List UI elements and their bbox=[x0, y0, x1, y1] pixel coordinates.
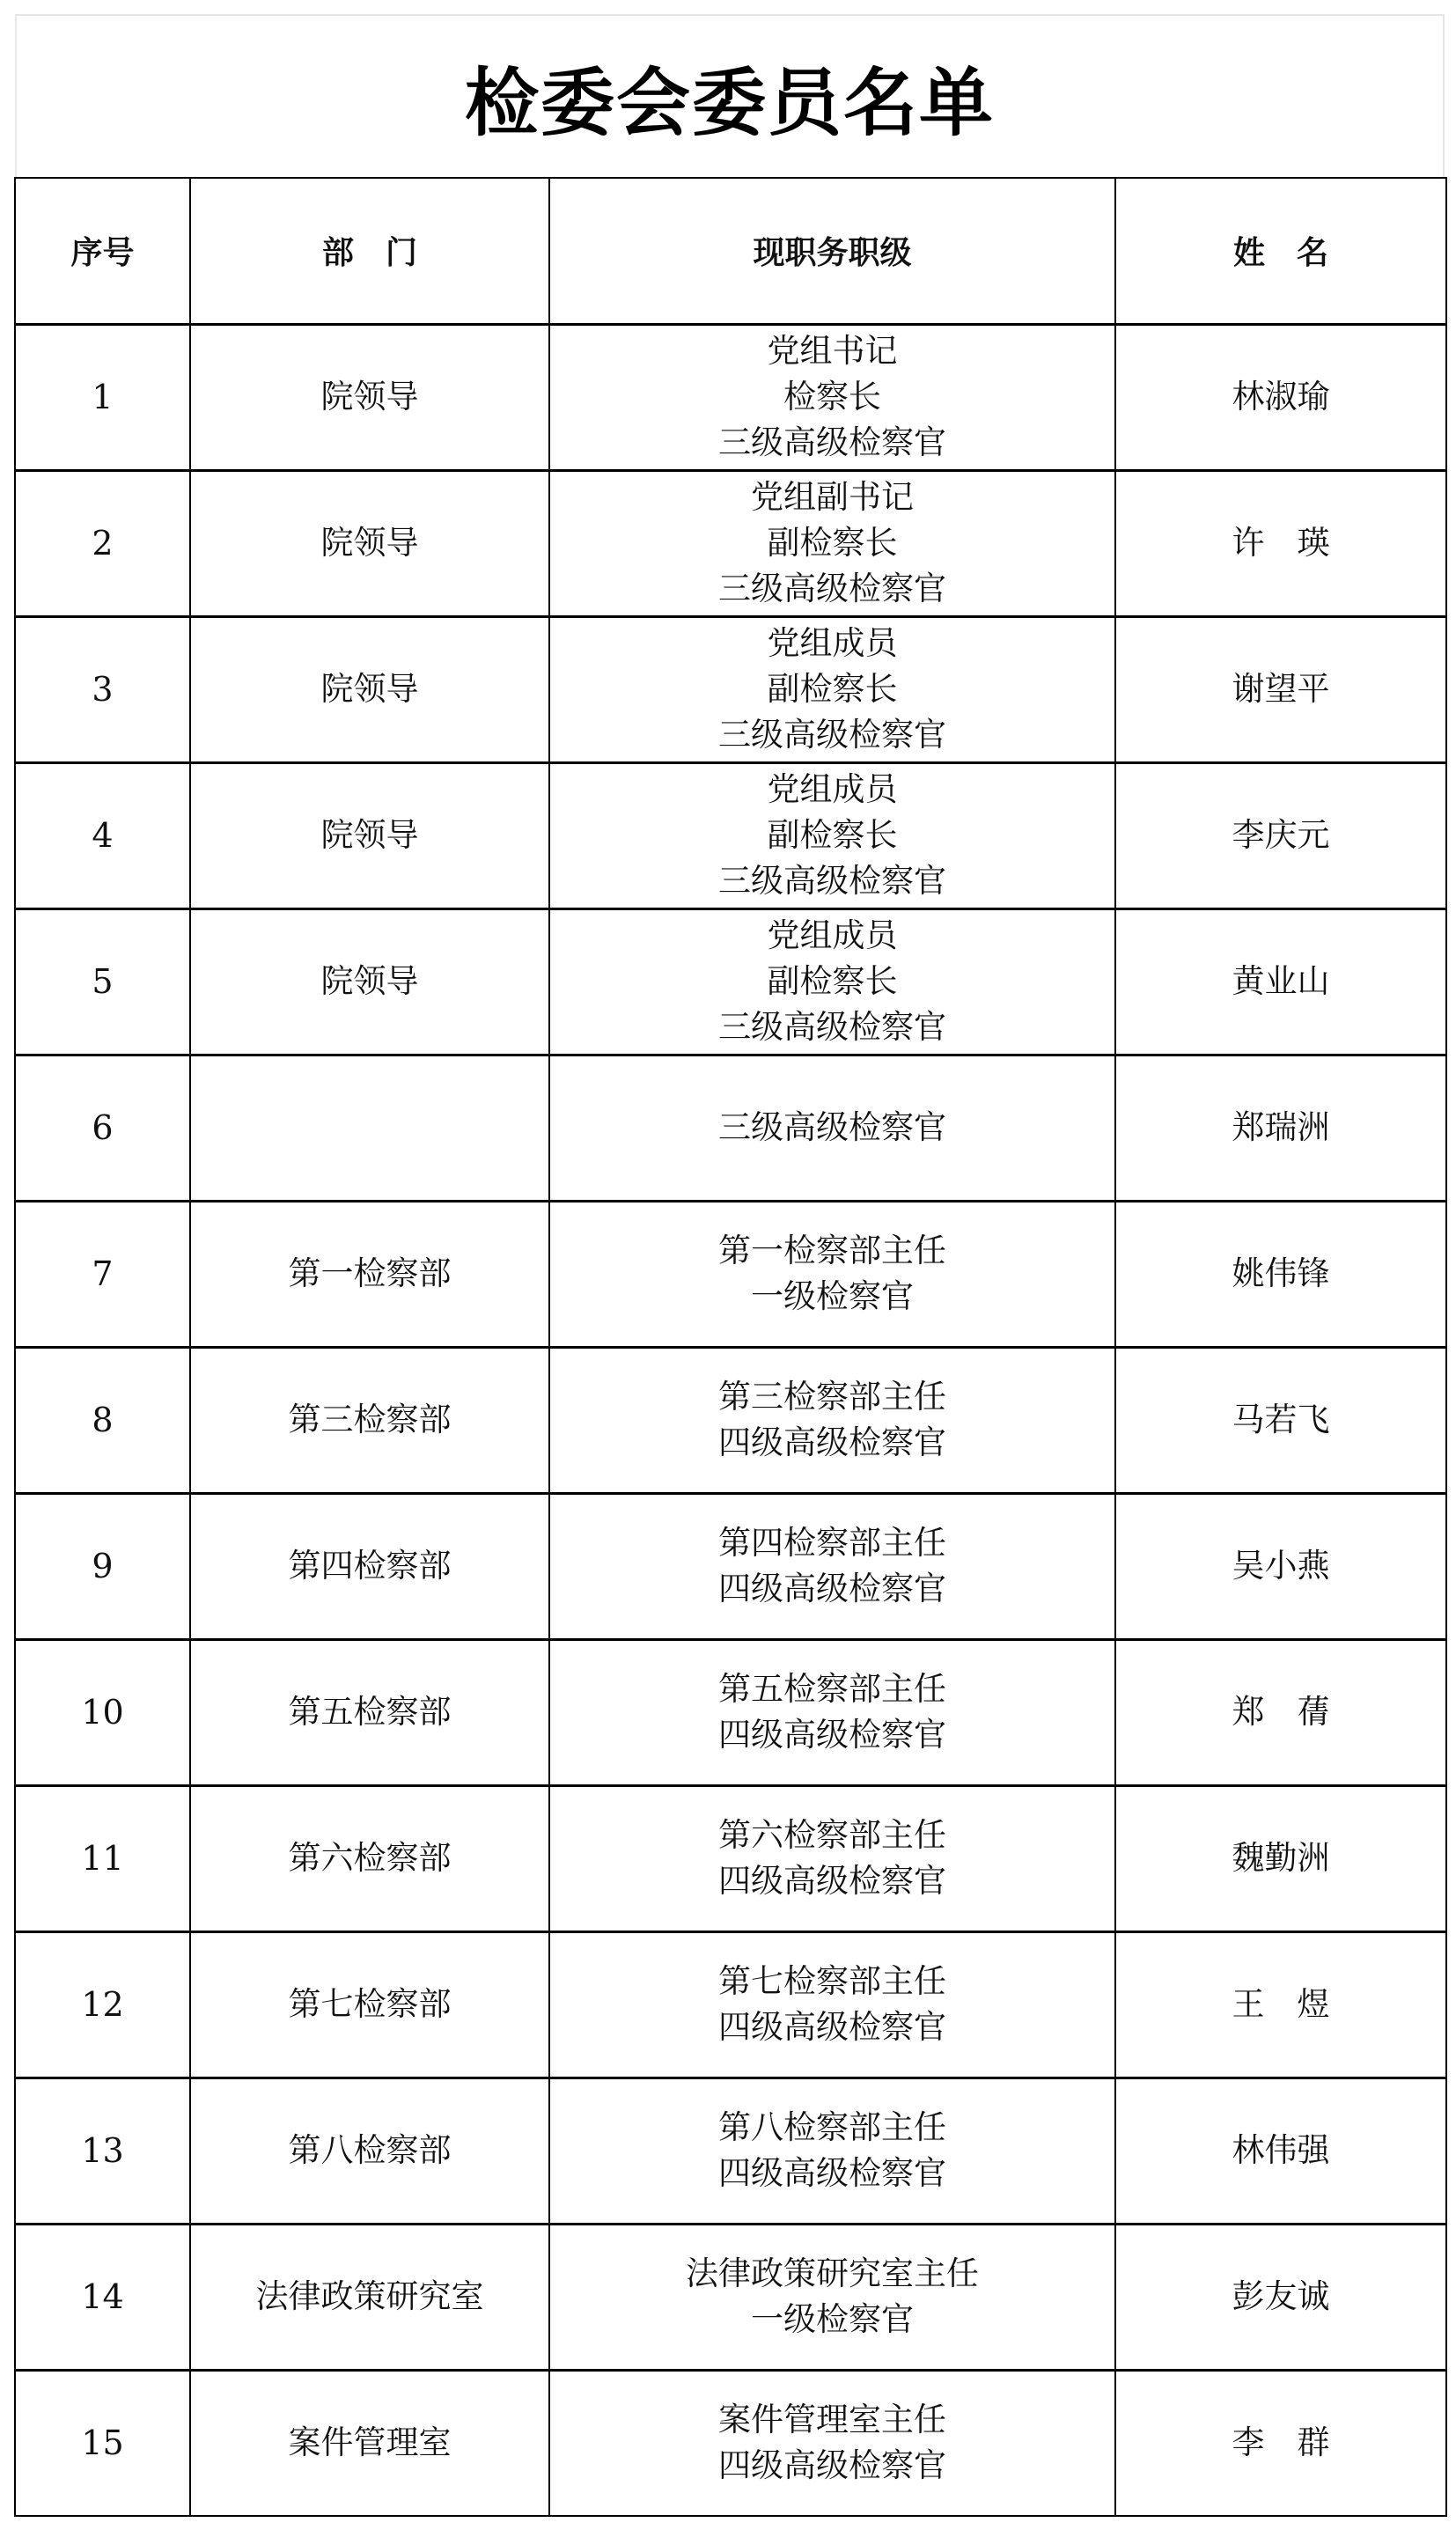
header-position: 现职务职级 bbox=[549, 178, 1115, 324]
position-line: 一级检察官 bbox=[550, 2297, 1114, 2342]
row-number: 15 bbox=[15, 2370, 190, 2516]
position-line: 第六检察部主任 bbox=[550, 1813, 1114, 1858]
row-dept bbox=[190, 1055, 549, 1201]
row-number: 12 bbox=[15, 1931, 190, 2078]
row-dept: 院领导 bbox=[190, 908, 549, 1055]
row-number: 10 bbox=[15, 1639, 190, 1785]
position-line: 四级高级检察官 bbox=[550, 2151, 1114, 2196]
row-dept: 第五检察部 bbox=[190, 1639, 549, 1785]
row-name: 林淑瑜 bbox=[1115, 324, 1446, 470]
row-positions: 法律政策研究室主任一级检察官 bbox=[549, 2224, 1115, 2370]
position-line: 一级检察官 bbox=[550, 1274, 1114, 1320]
title-box: 检委会委员名单 bbox=[15, 14, 1445, 178]
position-line: 党组成员 bbox=[550, 913, 1114, 959]
row-name: 彭友诚 bbox=[1115, 2224, 1446, 2370]
row-number: 14 bbox=[15, 2224, 190, 2370]
row-number: 6 bbox=[15, 1055, 190, 1201]
table-row: 6三级高级检察官郑瑞洲 bbox=[15, 1055, 1446, 1201]
position-line: 三级高级检察官 bbox=[550, 420, 1114, 466]
position-line: 第三检察部主任 bbox=[550, 1374, 1114, 1420]
table-row: 1院领导党组书记检察长三级高级检察官林淑瑜 bbox=[15, 324, 1446, 470]
row-number: 13 bbox=[15, 2078, 190, 2224]
position-line: 四级高级检察官 bbox=[550, 2443, 1114, 2489]
position-line: 党组成员 bbox=[550, 767, 1114, 813]
header-name: 姓 名 bbox=[1115, 178, 1446, 324]
row-dept: 法律政策研究室 bbox=[190, 2224, 549, 2370]
row-name: 王 煜 bbox=[1115, 1931, 1446, 2078]
position-line: 检察长 bbox=[550, 374, 1114, 420]
row-dept: 第七检察部 bbox=[190, 1931, 549, 2078]
position-line: 四级高级检察官 bbox=[550, 1712, 1114, 1758]
row-positions: 三级高级检察官 bbox=[549, 1055, 1115, 1201]
row-positions: 党组书记检察长三级高级检察官 bbox=[549, 324, 1115, 470]
position-line: 三级高级检察官 bbox=[550, 566, 1114, 612]
position-line: 第五检察部主任 bbox=[550, 1666, 1114, 1712]
table-row: 8第三检察部第三检察部主任四级高级检察官马若飞 bbox=[15, 1347, 1446, 1493]
position-line: 三级高级检察官 bbox=[550, 1004, 1114, 1050]
row-positions: 第六检察部主任四级高级检察官 bbox=[549, 1785, 1115, 1931]
position-line: 四级高级检察官 bbox=[550, 1858, 1114, 1904]
position-line: 副检察长 bbox=[550, 520, 1114, 566]
row-dept: 院领导 bbox=[190, 616, 549, 762]
row-dept: 院领导 bbox=[190, 324, 549, 470]
row-dept: 第三检察部 bbox=[190, 1347, 549, 1493]
row-dept: 第六检察部 bbox=[190, 1785, 549, 1931]
position-line: 四级高级检察官 bbox=[550, 1566, 1114, 1612]
table-row: 10第五检察部第五检察部主任四级高级检察官郑 蒨 bbox=[15, 1639, 1446, 1785]
row-name: 谢望平 bbox=[1115, 616, 1446, 762]
position-line: 第四检察部主任 bbox=[550, 1520, 1114, 1566]
row-name: 李庆元 bbox=[1115, 762, 1446, 908]
row-positions: 党组副书记副检察长三级高级检察官 bbox=[549, 470, 1115, 616]
row-number: 7 bbox=[15, 1201, 190, 1347]
row-number: 11 bbox=[15, 1785, 190, 1931]
position-line: 案件管理室主任 bbox=[550, 2397, 1114, 2443]
row-name: 郑瑞洲 bbox=[1115, 1055, 1446, 1201]
position-line: 副检察长 bbox=[550, 813, 1114, 858]
row-dept: 第八检察部 bbox=[190, 2078, 549, 2224]
row-positions: 第一检察部主任一级检察官 bbox=[549, 1201, 1115, 1347]
row-dept: 案件管理室 bbox=[190, 2370, 549, 2516]
row-positions: 第四检察部主任四级高级检察官 bbox=[549, 1493, 1115, 1639]
table-row: 3院领导党组成员副检察长三级高级检察官谢望平 bbox=[15, 616, 1446, 762]
row-number: 3 bbox=[15, 616, 190, 762]
row-number: 1 bbox=[15, 324, 190, 470]
row-positions: 第五检察部主任四级高级检察官 bbox=[549, 1639, 1115, 1785]
row-name: 黄业山 bbox=[1115, 908, 1446, 1055]
row-positions: 党组成员副检察长三级高级检察官 bbox=[549, 908, 1115, 1055]
members-table: 序号 部 门 现职务职级 姓 名 1院领导党组书记检察长三级高级检察官林淑瑜2院… bbox=[14, 177, 1447, 2517]
position-line: 副检察长 bbox=[550, 959, 1114, 1004]
row-dept: 第一检察部 bbox=[190, 1201, 549, 1347]
table-header-row: 序号 部 门 现职务职级 姓 名 bbox=[15, 178, 1446, 324]
table-row: 4院领导党组成员副检察长三级高级检察官李庆元 bbox=[15, 762, 1446, 908]
row-name: 马若飞 bbox=[1115, 1347, 1446, 1493]
row-name: 姚伟锋 bbox=[1115, 1201, 1446, 1347]
table-row: 15案件管理室案件管理室主任四级高级检察官李 群 bbox=[15, 2370, 1446, 2516]
row-name: 林伟强 bbox=[1115, 2078, 1446, 2224]
row-number: 8 bbox=[15, 1347, 190, 1493]
table-row: 5院领导党组成员副检察长三级高级检察官黄业山 bbox=[15, 908, 1446, 1055]
header-dept: 部 门 bbox=[190, 178, 549, 324]
position-line: 三级高级检察官 bbox=[550, 858, 1114, 904]
row-name: 郑 蒨 bbox=[1115, 1639, 1446, 1785]
row-number: 4 bbox=[15, 762, 190, 908]
row-name: 魏勤洲 bbox=[1115, 1785, 1446, 1931]
row-dept: 院领导 bbox=[190, 470, 549, 616]
row-dept: 院领导 bbox=[190, 762, 549, 908]
table-row: 13第八检察部第八检察部主任四级高级检察官林伟强 bbox=[15, 2078, 1446, 2224]
table-row: 11第六检察部第六检察部主任四级高级检察官魏勤洲 bbox=[15, 1785, 1446, 1931]
position-line: 第八检察部主任 bbox=[550, 2105, 1114, 2151]
table-row: 9第四检察部第四检察部主任四级高级检察官吴小燕 bbox=[15, 1493, 1446, 1639]
position-line: 党组副书记 bbox=[550, 474, 1114, 520]
row-dept: 第四检察部 bbox=[190, 1493, 549, 1639]
table-row: 2院领导党组副书记副检察长三级高级检察官许 瑛 bbox=[15, 470, 1446, 616]
row-positions: 案件管理室主任四级高级检察官 bbox=[549, 2370, 1115, 2516]
table-row: 7第一检察部第一检察部主任一级检察官姚伟锋 bbox=[15, 1201, 1446, 1347]
position-line: 党组书记 bbox=[550, 328, 1114, 374]
row-number: 2 bbox=[15, 470, 190, 616]
position-line: 第一检察部主任 bbox=[550, 1228, 1114, 1274]
row-positions: 第七检察部主任四级高级检察官 bbox=[549, 1931, 1115, 2078]
position-line: 三级高级检察官 bbox=[550, 712, 1114, 758]
row-name: 许 瑛 bbox=[1115, 470, 1446, 616]
position-line: 党组成员 bbox=[550, 621, 1114, 666]
row-name: 李 群 bbox=[1115, 2370, 1446, 2516]
position-line: 第七检察部主任 bbox=[550, 1959, 1114, 2004]
position-line: 副检察长 bbox=[550, 666, 1114, 712]
row-number: 5 bbox=[15, 908, 190, 1055]
position-line: 四级高级检察官 bbox=[550, 1420, 1114, 1466]
header-no: 序号 bbox=[15, 178, 190, 324]
row-positions: 党组成员副检察长三级高级检察官 bbox=[549, 762, 1115, 908]
page-title: 检委会委员名单 bbox=[465, 44, 995, 151]
row-positions: 第三检察部主任四级高级检察官 bbox=[549, 1347, 1115, 1493]
position-line: 法律政策研究室主任 bbox=[550, 2251, 1114, 2297]
position-line: 四级高级检察官 bbox=[550, 2004, 1114, 2050]
row-positions: 第八检察部主任四级高级检察官 bbox=[549, 2078, 1115, 2224]
row-positions: 党组成员副检察长三级高级检察官 bbox=[549, 616, 1115, 762]
table-row: 14法律政策研究室法律政策研究室主任一级检察官彭友诚 bbox=[15, 2224, 1446, 2370]
position-line: 三级高级检察官 bbox=[550, 1105, 1114, 1151]
row-name: 吴小燕 bbox=[1115, 1493, 1446, 1639]
row-number: 9 bbox=[15, 1493, 190, 1639]
table-row: 12第七检察部第七检察部主任四级高级检察官王 煜 bbox=[15, 1931, 1446, 2078]
